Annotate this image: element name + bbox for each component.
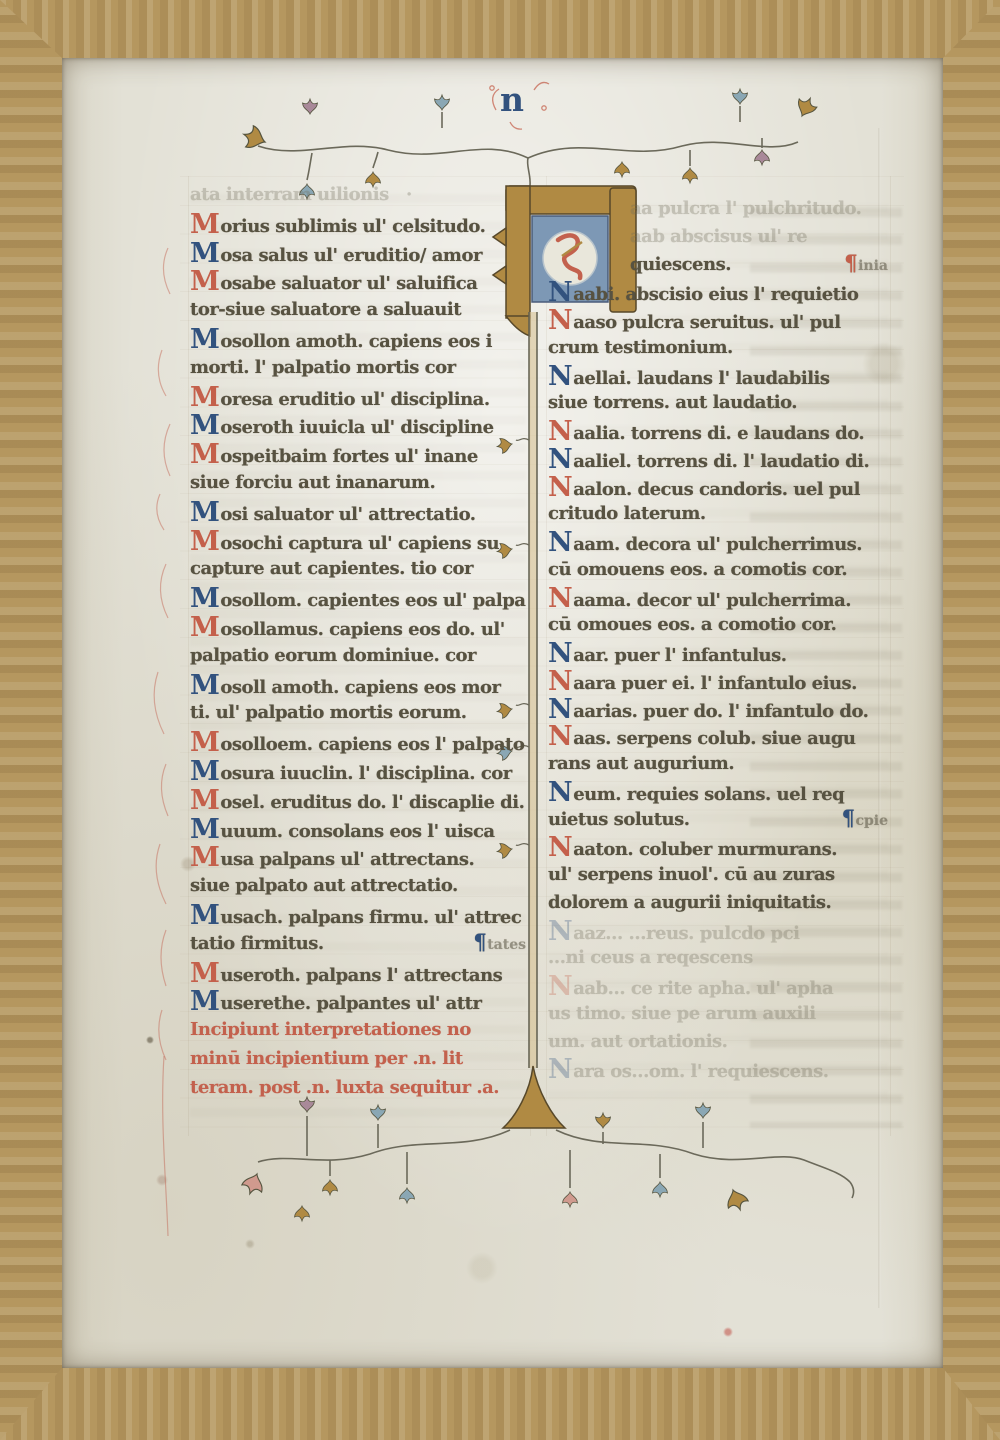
line-text: eum. requies solans. uel req	[573, 781, 844, 809]
paraph-mark-icon: ¶	[473, 931, 486, 952]
line-text: …ni ceus a reqescens	[548, 944, 753, 972]
line-text: osel. eruditus do. l' discaplie di.	[220, 789, 524, 818]
versal-initial: M	[190, 499, 219, 528]
manuscript-line: Mospeitbaim fortes ul' inane	[190, 440, 528, 469]
line-text: osolloem. capiens eos l' palpato	[220, 731, 524, 760]
manuscript-line: aab abscisus ul' re	[548, 223, 890, 251]
line-text: aaz… …reus. pulcdo pci	[573, 920, 799, 948]
manuscript-line: Naara puer ei. l' infantulo eius.	[548, 667, 890, 695]
line-text: aaton. coluber murmurans.	[573, 836, 837, 864]
manuscript-line: Mosollom. capientes eos ul' palpa	[190, 584, 528, 613]
manuscript-line: Moseroth iuuicla ul' discipline	[190, 411, 528, 440]
versal-initial: M	[190, 758, 219, 787]
line-text: osochi captura ul' capiens su	[220, 530, 499, 559]
versal-initial: M	[190, 585, 219, 614]
manuscript-line: Mosollon amoth. capiens eos i	[190, 325, 528, 354]
manuscript-line: cū omoues eos. a comotio cor.	[548, 611, 890, 639]
versal-initial: M	[190, 614, 219, 643]
manuscript-line: um. aut ortationis.	[548, 1028, 890, 1056]
versal-initial: N	[548, 529, 572, 557]
versal-initial: M	[190, 672, 219, 701]
bottom-vine-border	[258, 1116, 854, 1198]
versal-initial: M	[190, 729, 219, 758]
guide-word-text: tates	[487, 931, 526, 960]
manuscript-line: siue palpato aut attrectatio.	[190, 872, 528, 901]
versal-initial: M	[190, 240, 219, 269]
line-text: crum testimonium.	[548, 334, 733, 362]
manuscript-line: Naalia. torrens di. e laudans do.	[548, 417, 890, 445]
paraph-mark-icon: ¶	[842, 807, 855, 828]
manuscript-line: minū incipientium per .n. lit	[190, 1045, 528, 1074]
guide-word-text: inia	[858, 253, 888, 281]
bottom-vine-leaves	[240, 1097, 750, 1221]
line-text: minū incipientium per .n. lit	[190, 1045, 463, 1074]
manuscript-line: Musach. palpans firmu. ul' attrec	[190, 901, 528, 930]
versal-initial: M	[190, 268, 219, 297]
line-text: osoll amoth. capiens eos mor	[220, 674, 500, 703]
manuscript-line: Naas. serpens colub. siue augu	[548, 722, 890, 750]
manuscript-line: quiescens.¶inia	[548, 251, 890, 279]
manuscript-line: Mosa salus ul' eruditio/ amor	[190, 239, 528, 268]
manuscript-line: Moresa eruditio ul' disciplina.	[190, 383, 528, 412]
line-text: aa pulcra l' pulchritudo.	[630, 195, 861, 223]
line-text: aam. decora ul' pulcherrimus.	[573, 531, 862, 559]
manuscript-line: Naaton. coluber murmurans.	[548, 833, 890, 861]
manuscript-line: Mosi saluator ul' attrectatio.	[190, 498, 528, 527]
line-text: osa salus ul' eruditio/ amor	[220, 242, 482, 271]
line-text: aaliel. torrens di. l' laudatio di.	[573, 448, 869, 476]
manuscript-line: morti. l' palpatio mortis cor	[190, 354, 528, 383]
line-text: osollom. capientes eos ul' palpa	[220, 587, 525, 616]
line-text: teram. post .n. luxta sequitur .a.	[190, 1074, 499, 1103]
versal-initial: M	[190, 441, 219, 470]
line-text: capture aut capientes. tio cor	[190, 555, 473, 584]
line-text: cū omouens eos. a comotis cor.	[548, 556, 847, 584]
line-text: osollon amoth. capiens eos i	[220, 328, 492, 357]
manuscript-line: Naaliel. torrens di. l' laudatio di.	[548, 445, 890, 473]
line-text: um. aut ortationis.	[548, 1028, 727, 1056]
manuscript-line: …ni ceus a reqescens	[548, 944, 890, 972]
manuscript-line: Musa palpans ul' attrectans.	[190, 843, 528, 872]
manuscript-line: dolorem a augurii iniquitatis.	[548, 889, 890, 917]
line-text: aab abscisus ul' re	[630, 223, 807, 251]
manuscript-line: Naabi. abscisio eius l' requietio	[548, 278, 890, 306]
line-text: oseroth iuuicla ul' discipline	[220, 414, 493, 443]
line-text: Incipiunt interpretationes no	[190, 1016, 471, 1045]
manuscript-line: teram. post .n. luxta sequitur .a.	[190, 1074, 528, 1103]
line-text: osabe saluator ul' saluifica	[220, 270, 477, 299]
line-text: ospeitbaim fortes ul' inane	[220, 443, 477, 472]
versal-initial: N	[548, 446, 572, 474]
manuscript-line: Mosolloem. capiens eos l' palpato	[190, 728, 528, 757]
manuscript-line: Naellai. laudans l' laudabilis	[548, 362, 890, 390]
versal-initial: M	[190, 787, 219, 816]
versal-initial: M	[190, 326, 219, 355]
line-text: aama. decor ul' pulcherrima.	[573, 587, 851, 615]
line-text: aas. serpens colub. siue augu	[573, 725, 855, 753]
manuscript-line: tor-siue saluatore a saluauit	[190, 296, 528, 325]
line-text: aara puer ei. l' infantulo eius.	[573, 670, 857, 698]
versal-initial: N	[548, 1056, 572, 1084]
line-text: uuum. consolans eos l' uisca	[220, 818, 494, 847]
manuscript-line: Muuum. consolans eos l' uisca	[190, 815, 528, 844]
manuscript-line: ata interram uilionis ·	[190, 181, 528, 210]
manuscript-line: Neum. requies solans. uel req	[548, 778, 890, 806]
versal-initial: N	[548, 585, 572, 613]
line-text: us timo. siue pe arum auxili	[548, 1000, 816, 1028]
manuscript-line: Morius sublimis ul' celsitudo.	[190, 210, 528, 239]
line-text: critudo laterum.	[548, 500, 706, 528]
line-text: ata interram uilionis ·	[190, 181, 412, 210]
framed-manuscript-photo: n ata interram uilionis ·Morius sublimis…	[0, 0, 1000, 1440]
line-text: osollamus. capiens eos do. ul'	[220, 616, 504, 645]
line-text: orius sublimis ul' celsitudo.	[220, 213, 485, 242]
versal-initial: N	[548, 973, 572, 1001]
versal-initial: N	[548, 668, 572, 696]
manuscript-line: Incipiunt interpretationes no	[190, 1016, 528, 1045]
line-text: ara os…om. l' requiescens.	[573, 1058, 828, 1086]
line-text: usa palpans ul' attrectans.	[220, 846, 474, 875]
manuscript-line: Naaso pulcra seruitus. ul' pul	[548, 306, 890, 334]
versal-initial: M	[190, 902, 219, 931]
versal-initial: N	[548, 723, 572, 751]
top-vine-border	[258, 106, 798, 186]
versal-initial: N	[548, 779, 572, 807]
line-text: tatio firmitus.	[190, 930, 324, 959]
line-text: uietus solutus.	[548, 806, 690, 834]
versal-initial: N	[548, 834, 572, 862]
line-text: oresa eruditio ul' disciplina.	[220, 386, 489, 415]
manuscript-line: uietus solutus.¶cpie	[548, 806, 890, 834]
line-text: ul' serpens inuol'. cū au zuras	[548, 861, 835, 889]
versal-initial: M	[190, 528, 219, 557]
manuscript-line: Mosabe saluator ul' saluifica	[190, 267, 528, 296]
line-text: quiescens.	[630, 251, 731, 279]
manuscript-line: Mosoll amoth. capiens eos mor	[190, 671, 528, 700]
manuscript-line: rans aut augurium.	[548, 750, 890, 778]
manuscript-line: siue torrens. aut laudatio.	[548, 389, 890, 417]
marginal-guide-word: ¶cpie	[842, 807, 890, 836]
manuscript-line: crum testimonium.	[548, 334, 890, 362]
manuscript-line: us timo. siue pe arum auxili	[548, 1000, 890, 1028]
marginal-guide-word: ¶inia	[844, 252, 890, 281]
manuscript-line: Naalon. decus candoris. uel pul	[548, 473, 890, 501]
manuscript-line: ti. ul' palpatio mortis eorum.	[190, 699, 528, 728]
versal-initial: N	[548, 918, 572, 946]
manuscript-line: Naaz… …reus. pulcdo pci	[548, 917, 890, 945]
line-text: aalia. torrens di. e laudans do.	[573, 420, 864, 448]
line-text: aar. puer l' infantulus.	[573, 642, 786, 670]
versal-initial: N	[548, 307, 572, 335]
line-text: morti. l' palpatio mortis cor	[190, 354, 456, 383]
line-text: cū omoues eos. a comotio cor.	[548, 611, 836, 639]
line-text: userethe. palpantes ul' attr	[220, 990, 481, 1019]
left-text-column: ata interram uilionis ·Morius sublimis u…	[190, 181, 528, 1103]
versal-initial: N	[548, 474, 572, 502]
marginal-guide-word: ¶tates	[473, 931, 528, 960]
right-text-column: aa pulcra l' pulchritudo.aab abscisus ul…	[548, 195, 890, 1083]
manuscript-line: ul' serpens inuol'. cū au zuras	[548, 861, 890, 889]
line-text: aabi. abscisio eius l' requietio	[573, 281, 858, 309]
line-text: osura iuuclin. l' disciplina. cor	[220, 760, 511, 789]
versal-initial: N	[548, 696, 572, 724]
manuscript-line: Mosel. eruditus do. l' discaplie di.	[190, 786, 528, 815]
versal-initial: N	[548, 640, 572, 668]
manuscript-line: Naab… ce rite apha. ul' apha	[548, 972, 890, 1000]
manuscript-line: Mosura iuuclin. l' disciplina. cor	[190, 757, 528, 786]
line-text: dolorem a augurii iniquitatis.	[548, 889, 831, 917]
manuscript-line: cū omouens eos. a comotis cor.	[548, 556, 890, 584]
running-letter: n	[500, 80, 524, 119]
line-text: rans aut augurium.	[548, 750, 734, 778]
line-text: aab… ce rite apha. ul' apha	[573, 975, 833, 1003]
manuscript-line: palpatio eorum dominiue. cor	[190, 642, 528, 671]
line-text: ti. ul' palpatio mortis eorum.	[190, 699, 467, 728]
line-text: aellai. laudans l' laudabilis	[573, 365, 829, 393]
versal-initial: M	[190, 412, 219, 441]
manuscript-line: Mosochi captura ul' capiens su	[190, 527, 528, 556]
versal-initial: M	[190, 960, 219, 989]
manuscript-line: Naar. puer l' infantulus.	[548, 639, 890, 667]
manuscript-line: Naarias. puer do. l' infantulo do.	[548, 695, 890, 723]
versal-initial: N	[548, 363, 572, 391]
line-text: siue torrens. aut laudatio.	[548, 389, 797, 417]
guide-word-text: cpie	[855, 808, 888, 836]
versal-initial: M	[190, 988, 219, 1017]
versal-initial: N	[548, 279, 572, 307]
paraph-mark-icon: ¶	[844, 252, 857, 273]
versal-initial: M	[190, 211, 219, 240]
parchment-leaf: n ata interram uilionis ·Morius sublimis…	[62, 58, 943, 1368]
manuscript-line: Nara os…om. l' requiescens.	[548, 1055, 890, 1083]
line-text: osi saluator ul' attrectatio.	[220, 501, 475, 530]
manuscript-line: Mosollamus. capiens eos do. ul'	[190, 613, 528, 642]
versal-initial: M	[190, 384, 219, 413]
line-text: useroth. palpans l' attrectans	[220, 962, 502, 991]
manuscript-line: aa pulcra l' pulchritudo.	[548, 195, 890, 223]
manuscript-line: tatio firmitus.¶tates	[190, 930, 528, 959]
manuscript-line: Naama. decor ul' pulcherrima.	[548, 584, 890, 612]
line-text: aarias. puer do. l' infantulo do.	[573, 698, 868, 726]
versal-initial: M	[190, 844, 219, 873]
margin-red-squiggles	[154, 248, 170, 1236]
line-text: tor-siue saluatore a saluauit	[190, 296, 461, 325]
manuscript-line: Museroth. palpans l' attrectans	[190, 959, 528, 988]
line-text: aalon. decus candoris. uel pul	[573, 476, 860, 504]
manuscript-line: critudo laterum.	[548, 500, 890, 528]
manuscript-line: siue forciu aut inanarum.	[190, 469, 528, 498]
manuscript-line: Muserethe. palpantes ul' attr	[190, 987, 528, 1016]
versal-initial: M	[190, 816, 219, 845]
versal-initial: N	[548, 418, 572, 446]
line-text: siue forciu aut inanarum.	[190, 469, 435, 498]
manuscript-line: Naam. decora ul' pulcherrimus.	[548, 528, 890, 556]
line-text: aaso pulcra seruitus. ul' pul	[573, 309, 840, 337]
manuscript-line: capture aut capientes. tio cor	[190, 555, 528, 584]
line-text: siue palpato aut attrectatio.	[190, 872, 458, 901]
line-text: palpatio eorum dominiue. cor	[190, 642, 476, 671]
